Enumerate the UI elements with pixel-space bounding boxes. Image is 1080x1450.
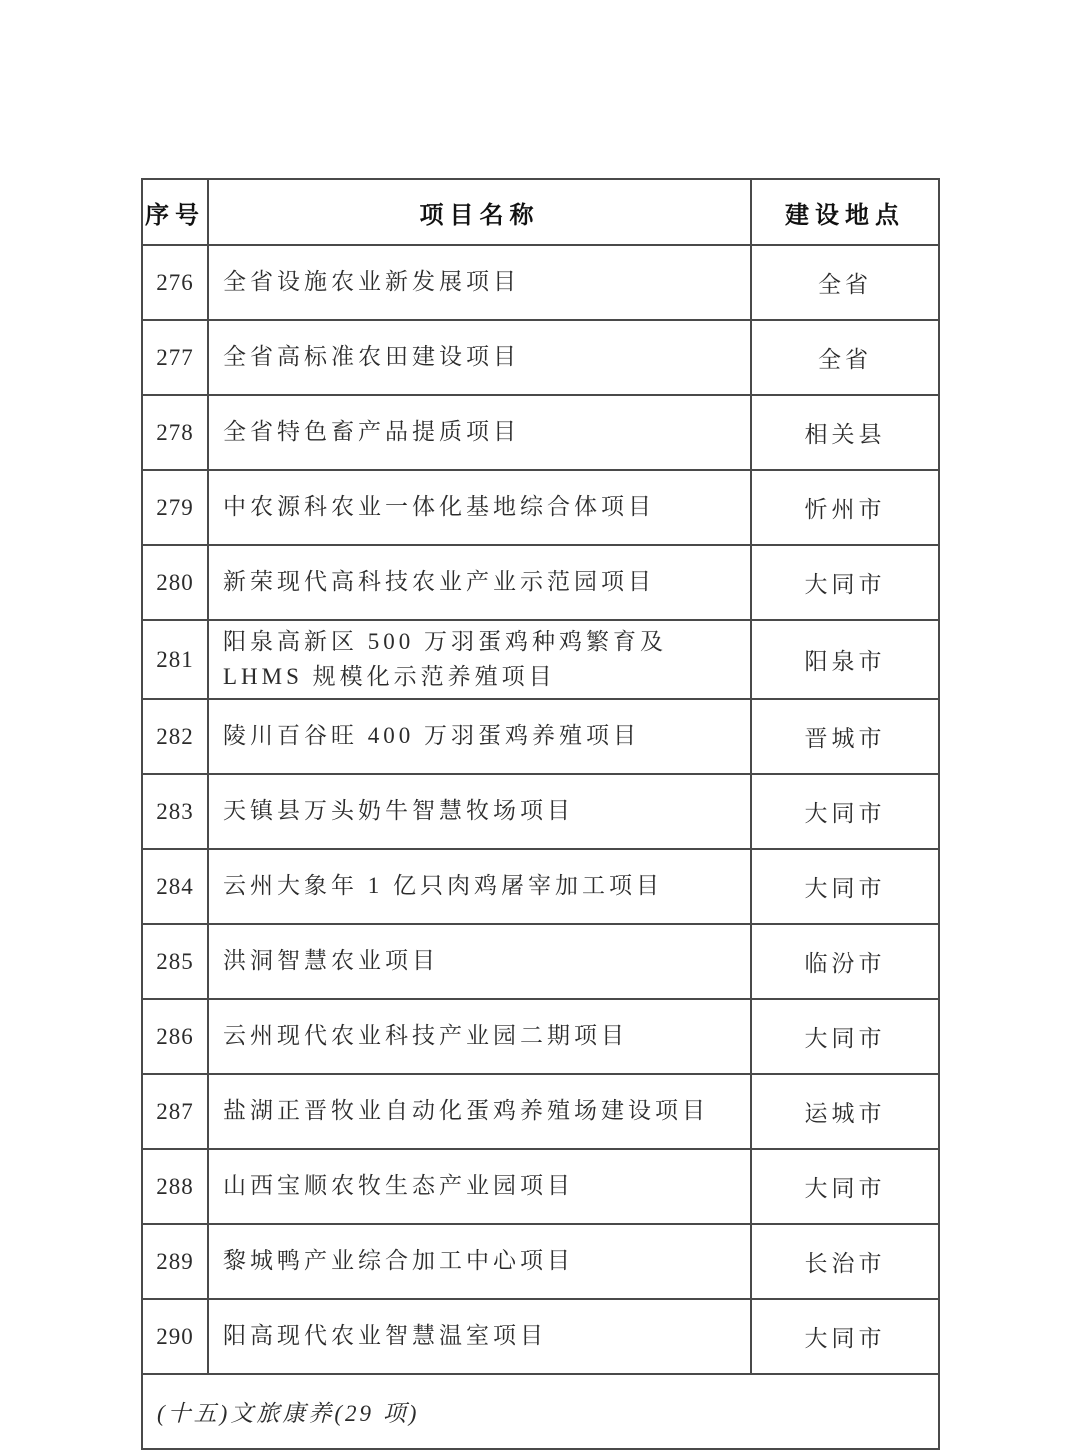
- location: 全省: [751, 245, 939, 320]
- location: 大同市: [751, 774, 939, 849]
- location: 全省: [751, 320, 939, 395]
- serial-number: 285: [142, 924, 208, 999]
- location: 忻州市: [751, 470, 939, 545]
- location: 大同市: [751, 849, 939, 924]
- table-row: 283 天镇县万头奶牛智慧牧场项目 大同市: [142, 774, 939, 849]
- col-header-location: 建设地点: [751, 179, 939, 245]
- table-row: 276 全省设施农业新发展项目 全省: [142, 245, 939, 320]
- serial-number: 277: [142, 320, 208, 395]
- project-name: 全省设施农业新发展项目: [208, 245, 751, 320]
- project-name: 阳泉高新区 500 万羽蛋鸡种鸡繁育及 LHMS 规模化示范养殖项目: [208, 620, 751, 699]
- project-name: 新荣现代高科技农业产业示范园项目: [208, 545, 751, 620]
- location: 大同市: [751, 1149, 939, 1224]
- serial-number: 286: [142, 999, 208, 1074]
- table-row: 290 阳高现代农业智慧温室项目 大同市: [142, 1299, 939, 1374]
- location: 大同市: [751, 545, 939, 620]
- table-row: 285 洪洞智慧农业项目 临汾市: [142, 924, 939, 999]
- location: 运城市: [751, 1074, 939, 1149]
- serial-number: 282: [142, 699, 208, 774]
- serial-number: 278: [142, 395, 208, 470]
- col-header-project-name: 项目名称: [208, 179, 751, 245]
- table-row: 278 全省特色畜产品提质项目 相关县: [142, 395, 939, 470]
- location: 临汾市: [751, 924, 939, 999]
- project-name: 陵川百谷旺 400 万羽蛋鸡养殖项目: [208, 699, 751, 774]
- table-row: 279 中农源科农业一体化基地综合体项目 忻州市: [142, 470, 939, 545]
- project-name: 全省高标准农田建设项目: [208, 320, 751, 395]
- table-row: 288 山西宝顺农牧生态产业园项目 大同市: [142, 1149, 939, 1224]
- table-row: 281 阳泉高新区 500 万羽蛋鸡种鸡繁育及 LHMS 规模化示范养殖项目 阳…: [142, 620, 939, 699]
- project-name: 云州大象年 1 亿只肉鸡屠宰加工项目: [208, 849, 751, 924]
- project-name: 盐湖正晋牧业自动化蛋鸡养殖场建设项目: [208, 1074, 751, 1149]
- project-name: 中农源科农业一体化基地综合体项目: [208, 470, 751, 545]
- project-name: 云州现代农业科技产业园二期项目: [208, 999, 751, 1074]
- table-row: 277 全省高标准农田建设项目 全省: [142, 320, 939, 395]
- serial-number: 288: [142, 1149, 208, 1224]
- table-row: 284 云州大象年 1 亿只肉鸡屠宰加工项目 大同市: [142, 849, 939, 924]
- project-name: 黎城鸭产业综合加工中心项目: [208, 1224, 751, 1299]
- table-row: 280 新荣现代高科技农业产业示范园项目 大同市: [142, 545, 939, 620]
- location: 相关县: [751, 395, 939, 470]
- serial-number: 283: [142, 774, 208, 849]
- serial-number: 281: [142, 620, 208, 699]
- project-name: 山西宝顺农牧生态产业园项目: [208, 1149, 751, 1224]
- serial-number: 290: [142, 1299, 208, 1374]
- project-name: 天镇县万头奶牛智慧牧场项目: [208, 774, 751, 849]
- table-row: 289 黎城鸭产业综合加工中心项目 长治市: [142, 1224, 939, 1299]
- table-row: 282 陵川百谷旺 400 万羽蛋鸡养殖项目 晋城市: [142, 699, 939, 774]
- location: 晋城市: [751, 699, 939, 774]
- serial-number: 284: [142, 849, 208, 924]
- table-row: 286 云州现代农业科技产业园二期项目 大同市: [142, 999, 939, 1074]
- section-footer-row: (十五)文旅康养(29 项): [142, 1374, 939, 1449]
- serial-number: 279: [142, 470, 208, 545]
- table-row: 287 盐湖正晋牧业自动化蛋鸡养殖场建设项目 运城市: [142, 1074, 939, 1149]
- project-list-table: 序号 项目名称 建设地点 276 全省设施农业新发展项目 全省 277 全省高标…: [141, 178, 940, 1450]
- location: 长治市: [751, 1224, 939, 1299]
- project-name: 洪洞智慧农业项目: [208, 924, 751, 999]
- serial-number: 276: [142, 245, 208, 320]
- section-footer-label: (十五)文旅康养(29 项): [142, 1374, 939, 1449]
- col-header-serial: 序号: [142, 179, 208, 245]
- table-header-row: 序号 项目名称 建设地点: [142, 179, 939, 245]
- serial-number: 287: [142, 1074, 208, 1149]
- location: 大同市: [751, 1299, 939, 1374]
- serial-number: 280: [142, 545, 208, 620]
- project-name: 阳高现代农业智慧温室项目: [208, 1299, 751, 1374]
- location: 阳泉市: [751, 620, 939, 699]
- project-name: 全省特色畜产品提质项目: [208, 395, 751, 470]
- location: 大同市: [751, 999, 939, 1074]
- serial-number: 289: [142, 1224, 208, 1299]
